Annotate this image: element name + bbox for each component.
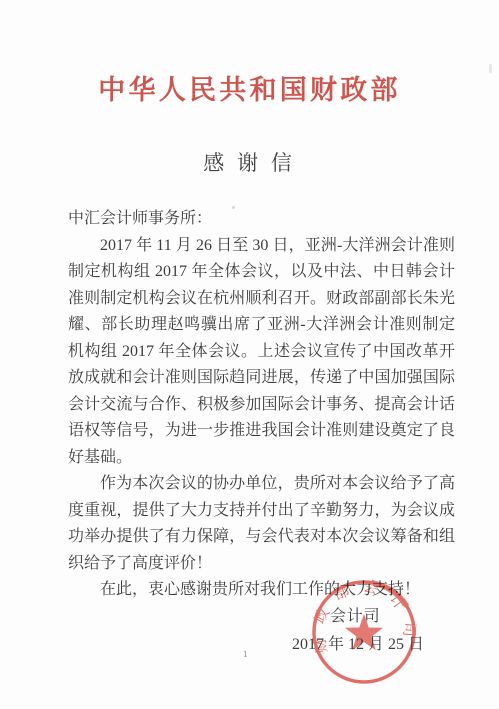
page-number: 1 bbox=[243, 649, 248, 659]
salutation: 中汇会计师事务所： bbox=[68, 206, 455, 233]
paragraph-3: 在此，衷心感谢贵所对我们工作的大力支持！ bbox=[68, 577, 455, 604]
scan-speck bbox=[232, 206, 235, 209]
signature-date: 2017 年 12 月 25 日 bbox=[292, 631, 424, 654]
signature-unit: 会计司 bbox=[330, 603, 380, 626]
letter-body: 中汇会计师事务所： 2017 年 11 月 26 日至 30 日，亚洲-大洋洲会… bbox=[68, 206, 455, 604]
scan-speck bbox=[489, 64, 492, 73]
letter-page: 中华人民共和国财政部 感 谢 信 中汇会计师事务所： 2017 年 11 月 2… bbox=[0, 0, 499, 709]
scan-speck bbox=[78, 290, 82, 292]
paragraph-2: 作为本次会议的协办单位，贵所对本会议给予了高度重视，提供了大力支持并付出了辛勤努… bbox=[68, 471, 455, 577]
letter-title: 感 谢 信 bbox=[0, 147, 499, 177]
org-title: 中华人民共和国财政部 bbox=[0, 68, 499, 107]
paragraph-1: 2017 年 11 月 26 日至 30 日，亚洲-大洋洲会计准则制定机构组 2… bbox=[68, 233, 455, 472]
